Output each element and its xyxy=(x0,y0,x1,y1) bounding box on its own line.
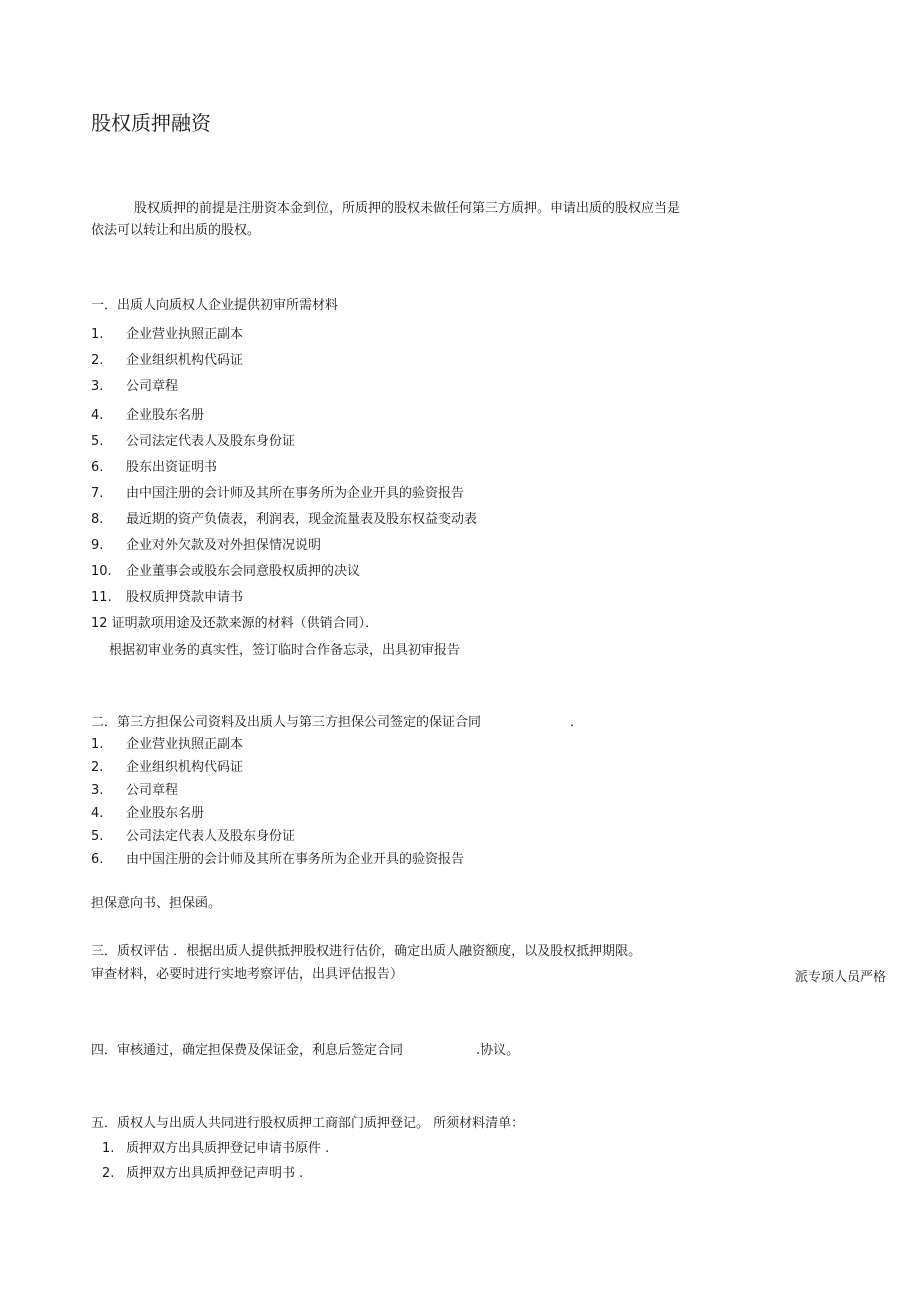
item-text: 股东出资证明书 xyxy=(126,459,217,477)
item-number: 6. xyxy=(91,851,103,869)
item-number: 3. xyxy=(91,782,103,800)
item-number: 11. xyxy=(91,589,112,607)
item-number: 2. xyxy=(91,759,103,777)
item-number: 7. xyxy=(91,485,103,503)
item-text: 质押双方出具质押登记声明书 . xyxy=(126,1165,303,1183)
section1-note: 根据初审业务的真实性，签订临时合作备忘录，出具初审报告 xyxy=(109,642,460,660)
item-number: 1. xyxy=(102,1140,114,1158)
item-number: 3. xyxy=(91,378,103,396)
item-text: 公司法定代表人及股东身份证 xyxy=(126,433,295,451)
item-number: 2. xyxy=(91,352,103,370)
item-number: 5. xyxy=(91,828,103,846)
item-number: 5. xyxy=(91,433,103,451)
section5-heading: 五．质权人与出质人共同进行股权质押工商部门质押登记。 所须材料清单： xyxy=(91,1115,524,1133)
section3-line-2: 审查材料，必要时进行实地考察评估，出具评估报告） xyxy=(91,966,403,984)
item-text: 企业组织机构代码证 xyxy=(126,759,243,777)
section1-item-12: 12 证明款项用途及还款来源的材料（供销合同）． xyxy=(91,615,378,633)
section1-heading: 一．出质人向质权人企业提供初审所需材料 xyxy=(91,297,338,315)
item-number: 4. xyxy=(91,805,103,823)
section4-line: 四．审核通过，确定担保费及保证金，利息后签定合同 xyxy=(91,1042,403,1060)
intro-line-2: 依法可以转让和出质的股权。 xyxy=(91,222,260,240)
item-text: 公司法定代表人及股东身份证 xyxy=(126,828,295,846)
item-text: 最近期的资产负债表，利润表，现金流量表及股东权益变动表 xyxy=(126,511,477,529)
section2-heading-trail: ． xyxy=(570,714,583,732)
item-number: 1. xyxy=(91,326,103,344)
section2-heading: 二．第三方担保公司资料及出质人与第三方担保公司签定的保证合同 xyxy=(91,714,481,732)
item-text: 公司章程 xyxy=(126,378,178,396)
item-number: 4. xyxy=(91,407,103,425)
item-number: 8. xyxy=(91,511,103,529)
section3-line-1: 三．质权评估 ．根据出质人提供抵押股权进行估价，确定出质人融资额度，以及股权抵押… xyxy=(91,943,641,961)
item-text: 企业组织机构代码证 xyxy=(126,352,243,370)
section2-note: 担保意向书、担保函。 xyxy=(91,895,221,913)
item-text: 由中国注册的会计师及其所在事务所为企业开具的验资报告 xyxy=(126,851,464,869)
document-title: 股权质押融资 xyxy=(91,107,211,136)
item-number: 10. xyxy=(91,563,112,581)
section4-trail: .协议。 xyxy=(476,1042,519,1060)
section3-right-fragment: 派专项人员严格 xyxy=(795,969,886,987)
item-number: 9. xyxy=(91,537,103,555)
item-text: 质押双方出具质押登记申请书原件 . xyxy=(126,1140,329,1158)
item-text: 公司章程 xyxy=(126,782,178,800)
item-text: 由中国注册的会计师及其所在事务所为企业开具的验资报告 xyxy=(126,485,464,503)
item-text: 企业董事会或股东会同意股权质押的决议 xyxy=(126,563,360,581)
item-number: 6. xyxy=(91,459,103,477)
item-text: 企业营业执照正副本 xyxy=(126,736,243,754)
item-text: 企业股东名册 xyxy=(126,407,204,425)
item-text: 企业对外欠款及对外担保情况说明 xyxy=(126,537,321,555)
item-text: 股权质押贷款申请书 xyxy=(126,589,243,607)
item-number: 1. xyxy=(91,736,103,754)
intro-line-1: 股权质押的前提是注册资本金到位，所质押的股权未做任何第三方质押。申请出质的股权应… xyxy=(134,200,680,218)
item-number: 2. xyxy=(102,1165,114,1183)
item-text: 企业营业执照正副本 xyxy=(126,326,243,344)
item-text: 企业股东名册 xyxy=(126,805,204,823)
